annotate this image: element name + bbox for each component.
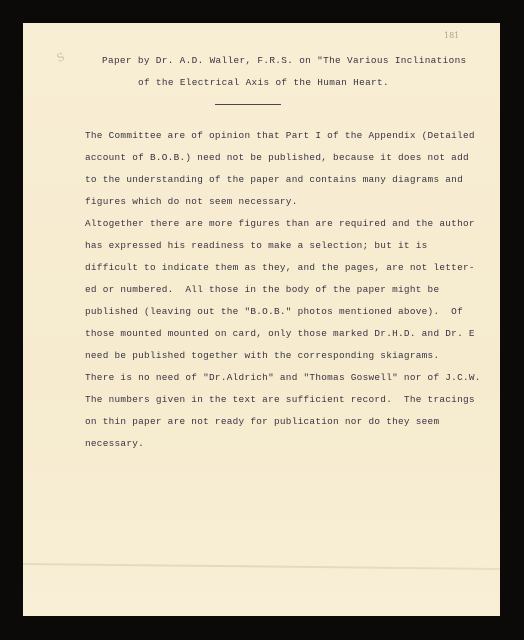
- body-line: necessary.: [85, 433, 481, 455]
- body-line: The numbers given in the text are suffic…: [85, 389, 481, 411]
- body-line: published (leaving out the "B.O.B." phot…: [85, 301, 481, 323]
- body-line: ed or numbered. All those in the body of…: [85, 279, 481, 301]
- body-line: account of B.O.B.) need not be published…: [85, 147, 481, 169]
- body-line: The Committee are of opinion that Part I…: [85, 125, 481, 147]
- body-line: There is no need of "Dr.Aldrich" and "Th…: [85, 367, 481, 389]
- paper-fold-line: [23, 563, 500, 570]
- body-line: difficult to indicate them as they, and …: [85, 257, 481, 279]
- pencil-mark: S: [55, 50, 67, 65]
- folio-number: 181: [444, 31, 459, 40]
- title-line-2: of the Electrical Axis of the Human Hear…: [138, 77, 389, 88]
- title-line-1: Paper by Dr. A.D. Waller, F.R.S. on "The…: [102, 55, 467, 66]
- body-text: The Committee are of opinion that Part I…: [85, 125, 481, 455]
- body-line: those mounted mounted on card, only thos…: [85, 323, 481, 345]
- document-page: 181 S Paper by Dr. A.D. Waller, F.R.S. o…: [23, 23, 500, 616]
- body-line: to the understanding of the paper and co…: [85, 169, 481, 191]
- title-divider: [215, 104, 281, 105]
- body-line: need be published together with the corr…: [85, 345, 481, 367]
- body-line: on thin paper are not ready for publicat…: [85, 411, 481, 433]
- body-line: Altogether there are more figures than a…: [85, 213, 481, 235]
- body-line: figures which do not seem necessary.: [85, 191, 481, 213]
- body-line: has expressed his readiness to make a se…: [85, 235, 481, 257]
